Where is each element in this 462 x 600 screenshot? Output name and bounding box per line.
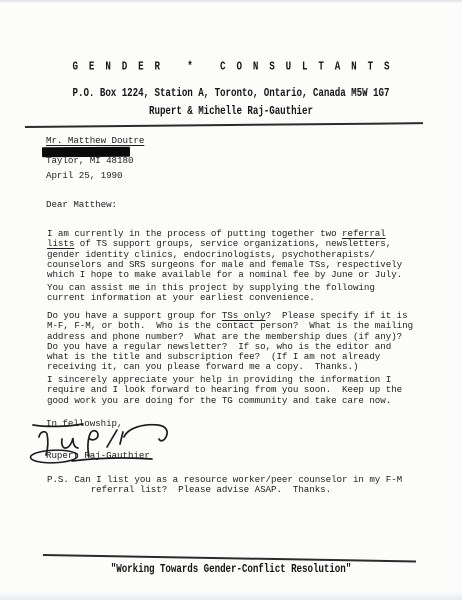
postscript: P.S. Can I list you as a resource worker… — [47, 475, 402, 496]
signature-loop — [30, 449, 77, 463]
paragraph-4-line: good work you are doing for the TG commu… — [47, 396, 402, 406]
recipient-name: Mr. Matthew Doutre — [46, 136, 144, 146]
signature-stroke — [33, 424, 83, 426]
org-principals: Rupert & Michelle Raj-Gauthier — [0, 105, 462, 118]
salutation: Dear Matthew: — [46, 200, 117, 210]
org-address: P.O. Box 1224, Station A, Toronto, Ontar… — [0, 87, 462, 100]
footer-motto: "Working Towards Gender-Conflict Resolut… — [0, 563, 462, 576]
paragraph-2: You can assist me in this project by sup… — [47, 283, 375, 304]
scan-bottom-edge — [0, 591, 462, 600]
paragraph-1: I am currently in the process of putting… — [47, 229, 402, 280]
paragraph-3: Do you have a support group for TSs only… — [47, 311, 413, 373]
signature-stroke — [124, 425, 167, 441]
date-line: April 25, 1990 — [46, 171, 123, 181]
header-rule — [25, 122, 423, 128]
text-run: of TS support groups, service organizati… — [74, 238, 391, 249]
recipient-city-line: Taylor, MI 48180 — [46, 156, 133, 166]
letter-page: G E N D E R * C O N S U L T A N T S P.O.… — [0, 0, 462, 600]
postscript-line: referral list? Please advise ASAP. Thank… — [47, 485, 402, 495]
signature-stroke — [107, 430, 117, 447]
paragraph-1-line: which I hope to make available for a nom… — [47, 270, 402, 280]
scan-top-edge — [0, 0, 462, 3]
org-name: G E N D E R * C O N S U L T A N T S — [0, 60, 462, 74]
underlined-text-run: lists — [47, 238, 74, 249]
signature-stroke — [72, 458, 152, 461]
signature-stroke — [120, 432, 123, 444]
paragraph-3-line: receiving it, can you please forward me … — [47, 362, 413, 372]
paragraph-2-line: current information at your earliest con… — [47, 293, 375, 303]
recipient-name-text: Mr. Matthew Doutre — [46, 135, 144, 146]
signature-stroke — [88, 431, 98, 456]
handwritten-signature — [28, 415, 183, 467]
signature-stroke — [62, 438, 78, 448]
paragraph-4: I sincerely appreciate your help in prov… — [47, 375, 402, 406]
